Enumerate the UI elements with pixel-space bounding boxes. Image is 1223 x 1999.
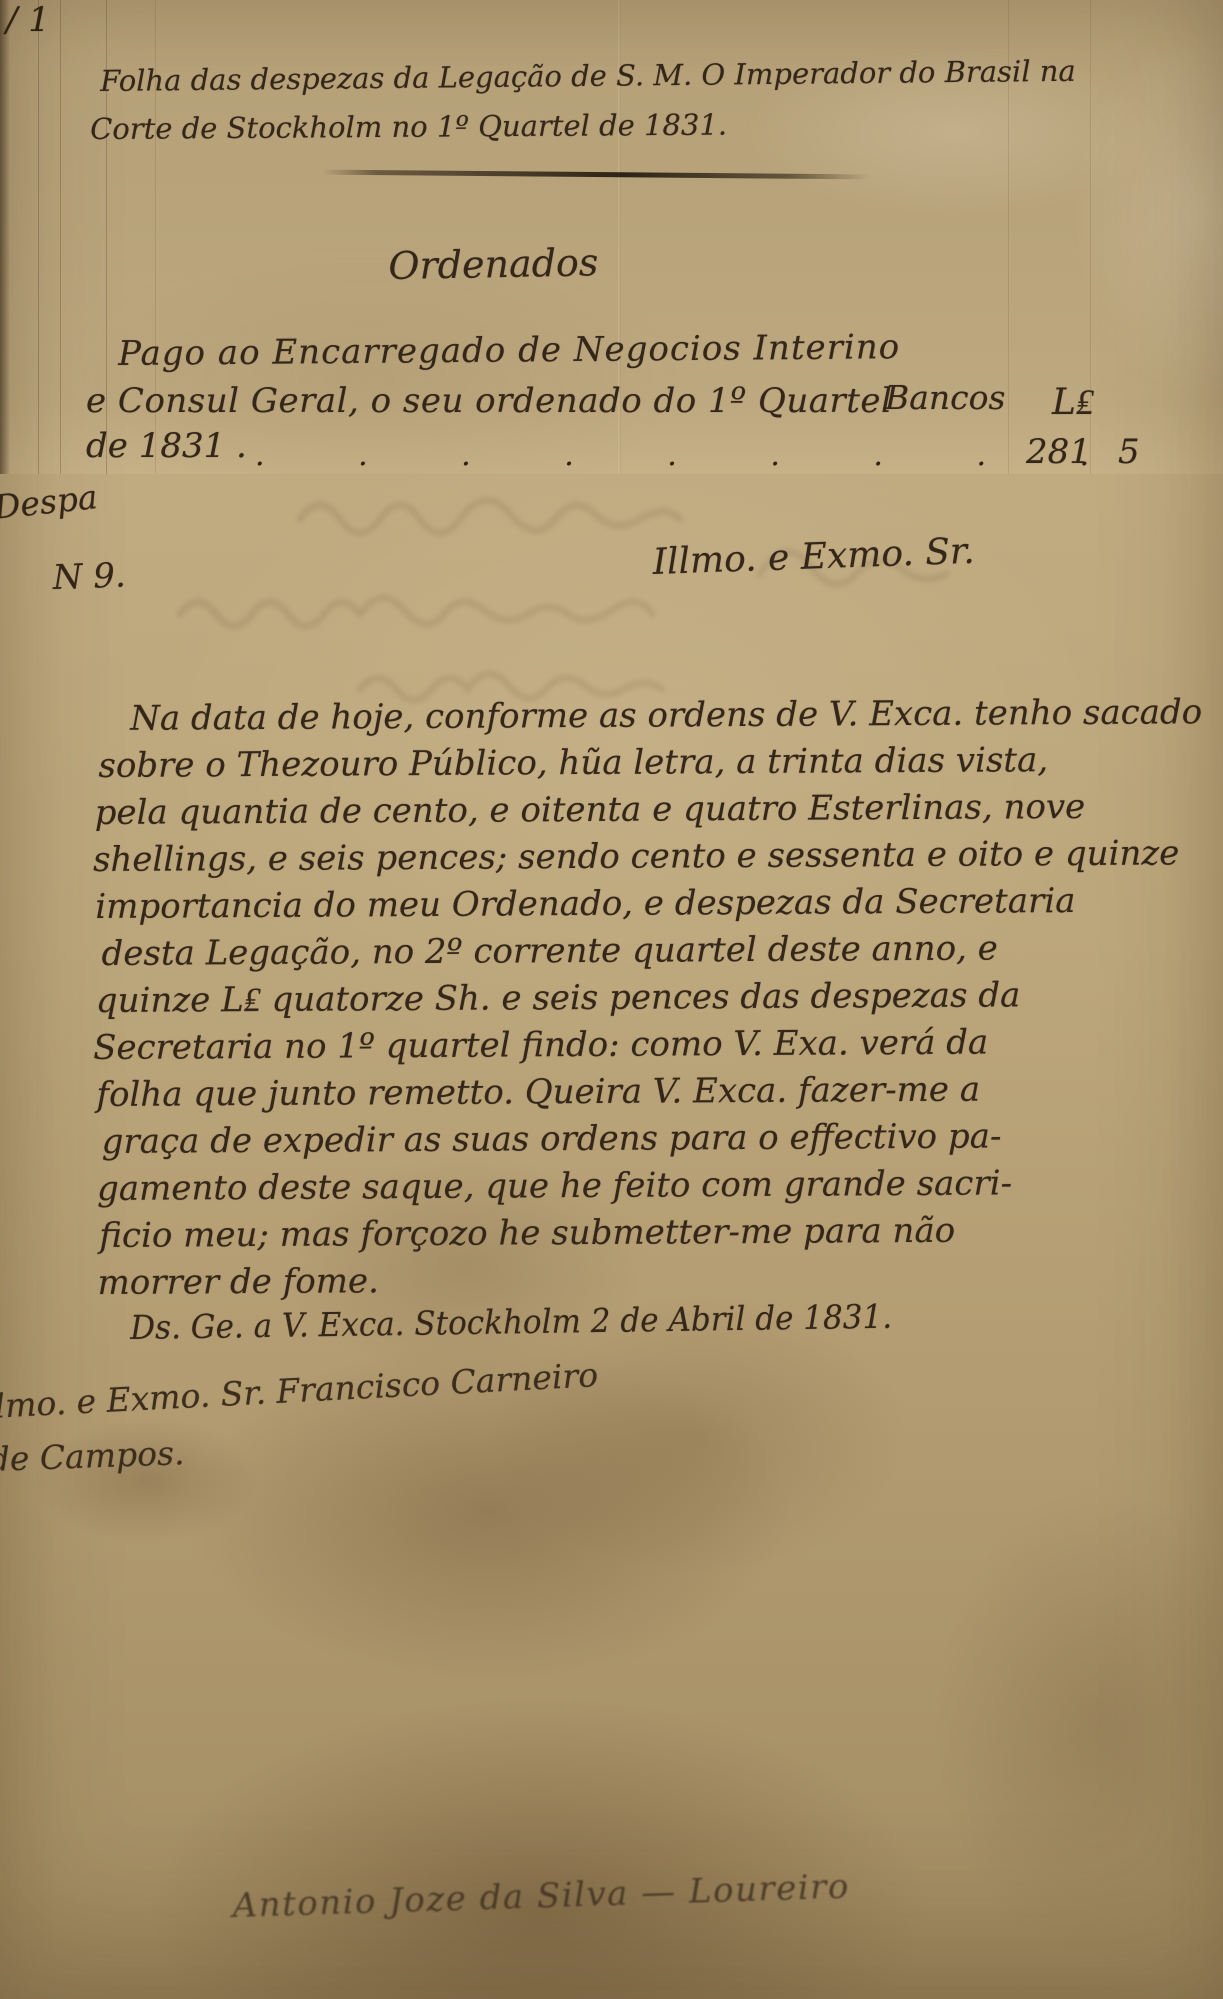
ledger-rule-line bbox=[38, 0, 39, 474]
amount-pounds: 281 bbox=[1026, 432, 1091, 472]
body-line: importancia do meu Ordenado, e despezas … bbox=[95, 877, 1185, 931]
amount-shillings: 5 bbox=[1118, 432, 1140, 472]
body-line: gamento deste saque, que he feito com gr… bbox=[97, 1159, 1187, 1213]
expense-sheet-page: ∕ 1 Folha das despezas da Legação de S. … bbox=[0, 0, 1223, 476]
ledger-rule-line bbox=[60, 0, 61, 474]
column-label-bancos: Bancos bbox=[885, 378, 1005, 417]
entry-text-line2: e Consul Geral, o seu ordenado do 1º Qua… bbox=[86, 381, 892, 421]
entry-text-line1: Pago ao Encarregado de Negocios Interino bbox=[118, 327, 900, 374]
letter-page: Despa N 9. Illmo. e Exmo. Sr. Na data de… bbox=[0, 474, 1223, 1999]
dot-leader: . . . . . . . . . bbox=[255, 438, 1091, 473]
body-line: morrer de fome. bbox=[97, 1253, 1187, 1307]
body-line: shellings, e seis pences; sendo cento e … bbox=[93, 830, 1185, 884]
body-line: pela quantia de cento, e oitenta e quatr… bbox=[95, 783, 1185, 837]
body-line: Na data de hoje, conforme as ordens de V… bbox=[94, 689, 1184, 743]
page-left-edge-shadow bbox=[0, 0, 10, 474]
margin-annotation: Despa bbox=[0, 477, 99, 527]
sheet-title-line1: Folha das despezas da Legação de S. M. O… bbox=[100, 54, 1076, 98]
currency-symbol-pounds: L₤ bbox=[1052, 381, 1094, 423]
title-underline-flourish bbox=[322, 170, 870, 180]
addressee-line1: Illmo. e Exmo. Sr. Francisco Carneiro bbox=[0, 1355, 599, 1427]
addressee-line2: de Campos. bbox=[0, 1433, 185, 1479]
letter-body: Na data de hoje, conforme as ordens de V… bbox=[94, 689, 1188, 1307]
salutation: Illmo. e Exmo. Sr. bbox=[652, 531, 975, 583]
body-line: quinze L₤ quatorze Sh. e seis pences das… bbox=[96, 971, 1186, 1025]
body-line: desta Legação, no 2º corrente quartel de… bbox=[101, 924, 1185, 978]
body-line: Secretaria no 1º quartel findo: como V. … bbox=[93, 1018, 1186, 1072]
signature: Antonio Joze da Silva — Loureiro bbox=[232, 1867, 850, 1926]
body-line: sobre o Thezouro Público, hũa letra, a t… bbox=[98, 736, 1184, 790]
section-heading-ordenados: Ordenados bbox=[388, 240, 599, 288]
body-line: ficio meu; mas forçozo he submetter-me p… bbox=[99, 1206, 1187, 1260]
body-line: graça de expedir as suas ordens para o e… bbox=[102, 1112, 1187, 1166]
entry-text-line3: de 1831 . bbox=[86, 426, 247, 466]
folio-number: ∕ 1 bbox=[6, 0, 50, 40]
manuscript-scan: ∕ 1 Folha das despezas da Legação de S. … bbox=[0, 0, 1223, 1999]
document-number: N 9. bbox=[52, 555, 126, 598]
body-line: folha que junto remetto. Queira V. Exca.… bbox=[96, 1065, 1186, 1119]
sheet-title-line2: Corte de Stockholm no 1º Quartel de 1831… bbox=[90, 108, 727, 146]
